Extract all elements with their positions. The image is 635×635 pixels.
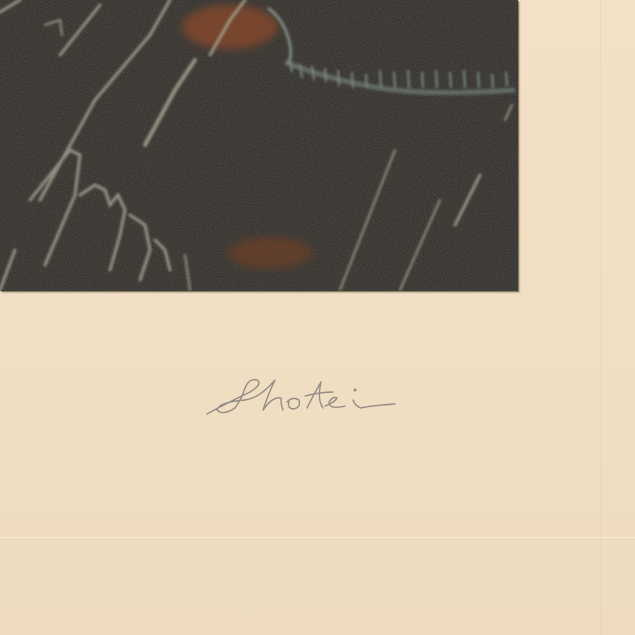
- rust-patch-top: [182, 5, 278, 49]
- matted-print-photo: Shotei: [0, 0, 635, 635]
- print-artwork: [0, 0, 518, 291]
- rust-patch-bottom: [228, 237, 312, 269]
- artist-signature: Shotei: [205, 372, 420, 422]
- pencil-signature-strokes: [205, 372, 420, 422]
- woodblock-print: [0, 0, 518, 291]
- mat-crease-line: [0, 537, 635, 538]
- paper-edge-line: [600, 0, 601, 635]
